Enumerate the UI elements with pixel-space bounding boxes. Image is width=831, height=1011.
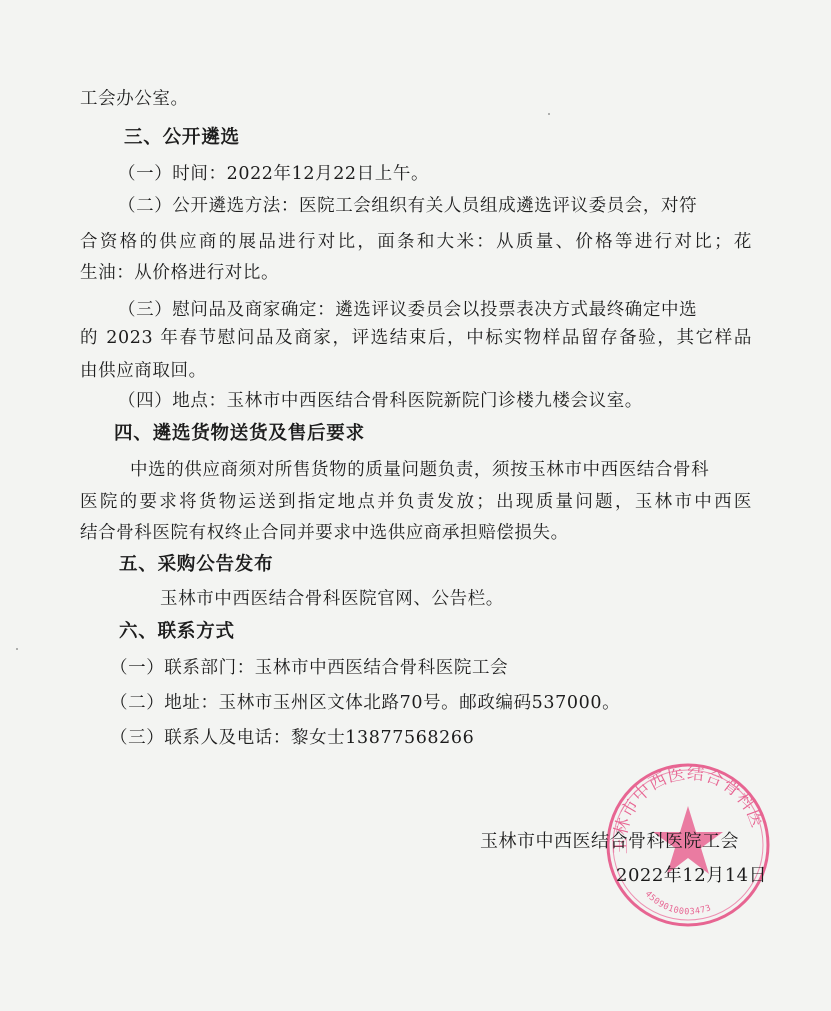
section-3-item-2-line-2: 合资格的供应商的展品进行对比，面条和大米：从质量、价格等进行对比；花 bbox=[80, 230, 752, 254]
section-3-item-2-line-3: 生油：从价格进行对比。 bbox=[80, 261, 279, 285]
scan-speck bbox=[16, 648, 18, 650]
section-3-item-3-line-1: （三）慰问品及商家确定：遴选评议委员会以投票表决方式最终确定中选 bbox=[118, 298, 697, 322]
section-heading-6: 六、联系方式 bbox=[119, 620, 235, 644]
scan-speck bbox=[548, 113, 550, 115]
paragraph-continuation: 工会办公室。 bbox=[80, 87, 189, 111]
section-3-item-3-line-2: 的 2023 年春节慰问品及商家，评选结束后，中标实物样品留存备验，其它样品 bbox=[80, 326, 752, 350]
section-3-item-2-line-1: （二）公开遴选方法：医院工会组织有关人员组成遴选评议委员会，对符 bbox=[118, 194, 697, 218]
section-5-text: 玉林市中西医结合骨科医院官网、公告栏。 bbox=[160, 587, 504, 611]
svg-text:4509010003473: 4509010003473 bbox=[643, 889, 713, 917]
section-6-item-2: （二）地址：玉林市玉州区文体北路70号。邮政编码537000。 bbox=[110, 691, 620, 715]
section-6-item-3: （三）联系人及电话：黎女士13877568266 bbox=[110, 726, 474, 750]
section-3-item-3-line-3: 由供应商取回。 bbox=[80, 359, 207, 383]
section-4-line-3: 结合骨科医院有权终止合同并要求中选供应商承担赔偿损失。 bbox=[80, 521, 569, 545]
section-4-line-2: 医院的要求将货物运送到指定地点并负责发放；出现质量问题，玉林市中西医 bbox=[80, 490, 752, 514]
signature-date: 2022年12月14日 bbox=[616, 864, 767, 888]
section-6-item-1: （一）联系部门：玉林市中西医结合骨科医院工会 bbox=[110, 656, 508, 680]
section-heading-4: 四、遴选货物送货及售后要求 bbox=[114, 422, 365, 446]
document-page: 工会办公室。 三、公开遴选 （一）时间：2022年12月22日上午。 （二）公开… bbox=[0, 0, 831, 1011]
signature-organization: 玉林市中西医结合骨科医院工会 bbox=[480, 830, 739, 854]
section-heading-5: 五、采购公告发布 bbox=[119, 553, 273, 577]
section-3-item-1: （一）时间：2022年12月22日上午。 bbox=[118, 162, 429, 186]
section-heading-3: 三、公开遴选 bbox=[124, 126, 240, 150]
section-3-item-4: （四）地点：玉林市中西医结合骨科医院新院门诊楼九楼会议室。 bbox=[118, 389, 643, 413]
section-4-line-1: 中选的供应商须对所售货物的质量问题负责，须按玉林市中西医结合骨科 bbox=[130, 458, 709, 482]
